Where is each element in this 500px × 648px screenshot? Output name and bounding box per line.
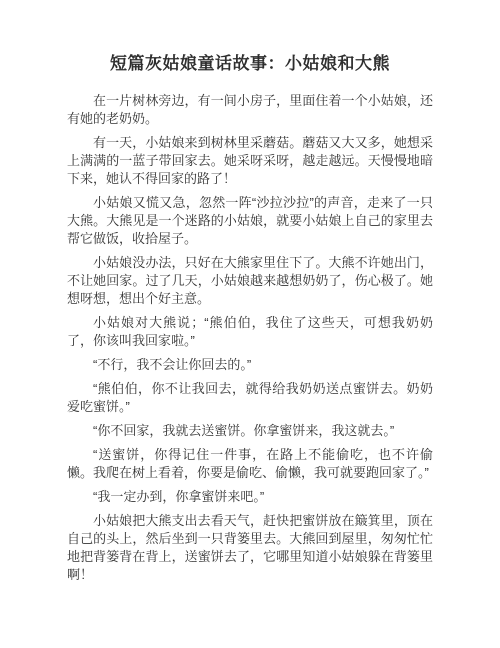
document-page: 短篇灰姑娘童话故事：小姑娘和大熊 在一片树林旁边，有一间小房子，里面住着一个小姑… xyxy=(0,0,500,648)
story-paragraph: “不行，我不会让你回去的。” xyxy=(67,356,433,374)
story-paragraph: 小姑娘把大熊支出去看天气，赶快把蜜饼放在簸箕里，顶在自己的头上，然后坐到一只背篓… xyxy=(67,512,433,584)
story-paragraph: “你不回家，我就去送蜜饼。你拿蜜饼来，我这就去。” xyxy=(67,422,433,440)
story-paragraph: 小姑娘又慌又急，忽然一阵“沙拉沙拉”的声音，走来了一只大熊。大熊见是一个迷路的小… xyxy=(67,194,433,248)
story-paragraph: 小姑娘没办法，只好在大熊家里住下了。大熊不许她出门，不让她回家。过了几天，小姑娘… xyxy=(67,254,433,308)
story-paragraph: “熊伯伯，你不让我回去，就得给我奶奶送点蜜饼去。奶奶爱吃蜜饼。” xyxy=(67,380,433,416)
story-paragraph: 小姑娘对大熊说；“熊伯伯，我住了这些天，可想我奶奶了，你该叫我回家啦。” xyxy=(67,314,433,350)
story-paragraph: “我一定办到，你拿蜜饼来吧。” xyxy=(67,488,433,506)
story-paragraph: 在一片树林旁边，有一间小房子，里面住着一个小姑娘，还有她的老奶奶。 xyxy=(67,92,433,128)
story-paragraph: “送蜜饼，你得记住一件事，在路上不能偷吃，也不许偷懒。我爬在树上看着，你要是偷吃… xyxy=(67,446,433,482)
story-title: 短篇灰姑娘童话故事：小姑娘和大熊 xyxy=(67,52,433,76)
story-paragraph: 有一天，小姑娘来到树林里采蘑菇。蘑菇又大又多，她想采上满满的一蓝子带回家去。她采… xyxy=(67,134,433,188)
